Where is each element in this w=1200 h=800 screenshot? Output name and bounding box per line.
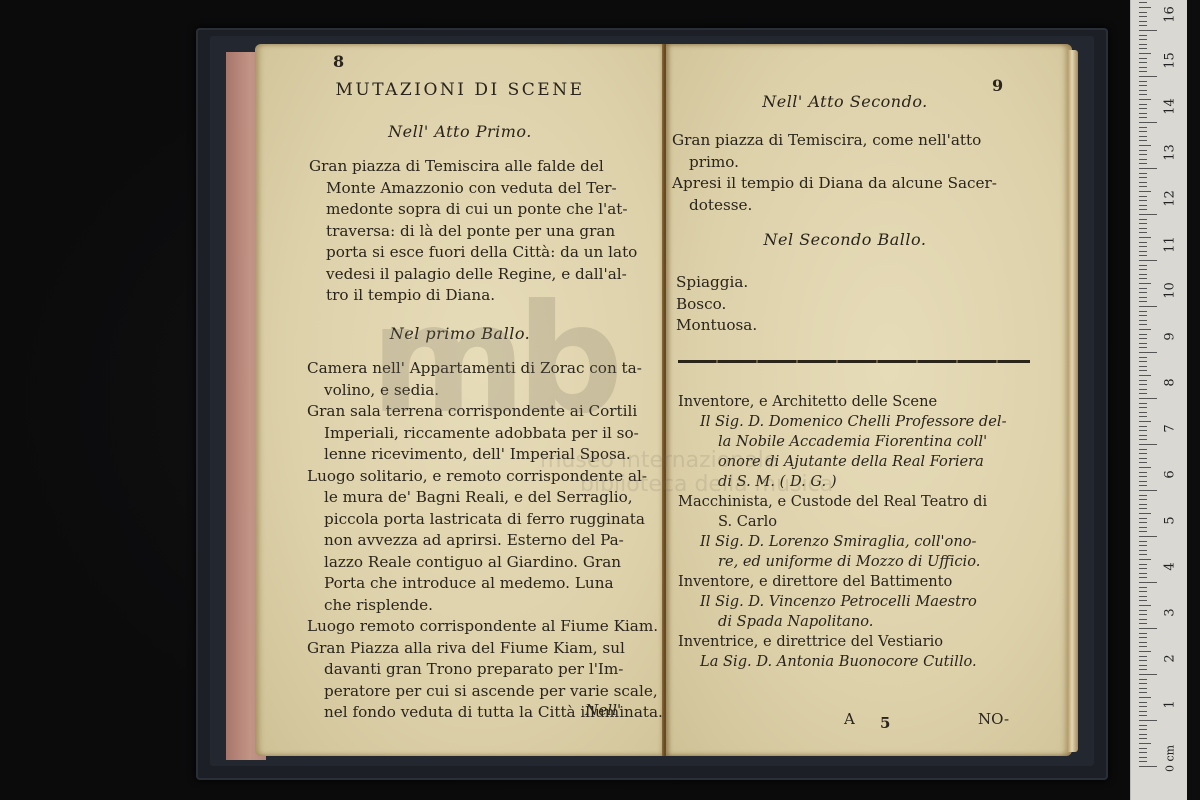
ruler-tick	[1139, 591, 1147, 592]
ruler-tick	[1139, 536, 1157, 537]
ruler-tick	[1139, 683, 1147, 684]
ruler-tick	[1139, 674, 1157, 675]
ruler-tick	[1139, 421, 1151, 422]
ruler-mark: 1	[1163, 690, 1178, 720]
text-line: Bosco.	[676, 294, 757, 316]
ruler-tick	[1139, 660, 1147, 661]
ruler-tick	[1139, 435, 1147, 436]
right-page: 9 Nell' Atto Secondo. Gran piazza di Tem…	[666, 44, 1072, 756]
ruler-tick	[1139, 430, 1147, 431]
ruler-tick	[1139, 223, 1147, 224]
text-line: medonte sopra di cui un ponte che l'at-	[309, 199, 637, 221]
ruler-mark: 13	[1163, 138, 1178, 168]
ruler-tick	[1139, 766, 1157, 767]
ruler-tick	[1139, 610, 1147, 611]
text-line: Spiaggia.	[676, 272, 757, 294]
ruler-mark: 10	[1163, 276, 1178, 306]
ruler-unit-label: 0 cm	[1164, 744, 1177, 774]
ruler-tick	[1139, 352, 1157, 353]
ruler-tick	[1139, 407, 1147, 408]
ruler-tick	[1139, 274, 1147, 275]
ruler-tick	[1139, 692, 1147, 693]
ruler-tick	[1139, 242, 1147, 243]
ruler-tick	[1139, 642, 1147, 643]
credit-person: di Spada Napolitano.	[678, 612, 1007, 632]
ruler-tick	[1139, 623, 1147, 624]
ruler-tick	[1139, 343, 1147, 344]
ruler-tick	[1139, 439, 1147, 440]
text-line: Luogo remoto corrispondente al Fiume Kia…	[307, 616, 663, 638]
ruler-tick	[1139, 2, 1147, 3]
ruler-tick	[1139, 311, 1147, 312]
ruler-tick	[1139, 720, 1157, 721]
ruler-tick	[1139, 614, 1147, 615]
ruler-tick	[1139, 605, 1151, 606]
page-block-edge	[1068, 50, 1078, 752]
ruler-tick	[1139, 7, 1151, 8]
watermark-text-line2: biblioteca della musica	[580, 472, 833, 497]
ruler-tick	[1139, 53, 1151, 54]
ruler-mark: 5	[1163, 506, 1178, 536]
ruler-tick	[1139, 58, 1147, 59]
text-line: Porta che introduce al medemo. Luna	[307, 573, 663, 595]
credit-person: Il Sig. D. Lorenzo Smiraglia, coll'ono-	[678, 532, 1007, 552]
ruler-tick	[1139, 577, 1147, 578]
ruler-tick	[1139, 200, 1147, 201]
ruler-tick	[1139, 94, 1147, 95]
credit-role: Inventore, e Architetto delle Scene	[678, 392, 1007, 412]
ruler-tick	[1139, 462, 1147, 463]
ruler-tick	[1139, 219, 1147, 220]
ruler-tick	[1139, 531, 1147, 532]
ruler-tick	[1139, 292, 1147, 293]
text-line: Apresi il tempio di Diana da alcune Sace…	[672, 173, 997, 195]
ruler-tick	[1139, 246, 1147, 247]
ruler-tick	[1139, 278, 1147, 279]
ruler-tick	[1139, 573, 1147, 574]
ruler-tick	[1139, 329, 1151, 330]
ruler-tick	[1139, 338, 1147, 339]
ruler-tick	[1139, 90, 1147, 91]
ruler-tick	[1139, 706, 1147, 707]
credit-person: La Sig. D. Antonia Buonocore Cutillo.	[678, 652, 1007, 672]
ruler-tick	[1139, 117, 1147, 118]
ruler-tick	[1139, 265, 1147, 266]
ruler-tick	[1139, 182, 1147, 183]
text-line: piccola porta lastricata di ferro ruggin…	[307, 509, 663, 531]
ruler-tick	[1139, 458, 1147, 459]
ruler-tick	[1139, 269, 1147, 270]
ruler-tick	[1139, 711, 1147, 712]
ruler-tick	[1139, 499, 1147, 500]
catchword-right: NO-	[978, 710, 1009, 728]
ruler-tick	[1139, 232, 1147, 233]
ruler-tick	[1139, 715, 1147, 716]
ruler-tick	[1139, 743, 1151, 744]
ruler-tick	[1139, 582, 1157, 583]
ruler-tick	[1139, 761, 1147, 762]
ruler-mark: 2	[1163, 644, 1178, 674]
ruler-tick	[1139, 71, 1147, 72]
ruler-tick	[1139, 145, 1151, 146]
ruler-tick	[1139, 196, 1147, 197]
section-heading-secondo-ballo: Nel Secondo Ballo.	[642, 230, 1048, 249]
ruler-tick	[1139, 453, 1147, 454]
ruler-tick	[1139, 104, 1147, 105]
ruler-tick	[1139, 481, 1147, 482]
ruler-tick	[1139, 140, 1147, 141]
ruler-tick	[1139, 485, 1147, 486]
text-line: primo.	[672, 152, 997, 174]
section-heading-atto-primo: Nell' Atto Primo.	[255, 122, 665, 141]
ruler-tick	[1139, 600, 1147, 601]
ruler-tick	[1139, 334, 1147, 335]
ruler-tick	[1139, 159, 1147, 160]
ruler-tick	[1139, 587, 1147, 588]
ruler-mark: 11	[1163, 230, 1178, 260]
ruler-tick	[1139, 564, 1147, 565]
ruler-tick	[1139, 301, 1147, 302]
ruler-tick	[1139, 679, 1147, 680]
catchword-left: Nell'	[585, 700, 621, 722]
ruler-tick	[1139, 131, 1147, 132]
ruler-tick	[1139, 472, 1147, 473]
ruler-tick	[1139, 541, 1147, 542]
ruler-mark: 7	[1163, 414, 1178, 444]
watermark-text-line1: museo internazionale	[540, 448, 777, 473]
ruler-tick	[1139, 324, 1147, 325]
ruler-tick	[1139, 81, 1147, 82]
text-line: Monte Amazzonio con veduta del Ter-	[309, 178, 637, 200]
ruler-tick	[1139, 490, 1157, 491]
ruler-tick	[1139, 545, 1147, 546]
credit-role: Inventore, e direttore del Battimento	[678, 572, 1007, 592]
ruler-tick	[1139, 177, 1147, 178]
ruler-tick	[1139, 136, 1147, 137]
ruler-tick	[1139, 366, 1147, 367]
ruler-tick	[1139, 113, 1147, 114]
credit-person: Il Sig. D. Vincenzo Petrocelli Maestro	[678, 592, 1007, 612]
credit-role: S. Carlo	[678, 512, 1007, 532]
ruler-tick	[1139, 398, 1157, 399]
ruler-tick	[1139, 347, 1147, 348]
ruler-tick	[1139, 393, 1147, 394]
ruler-tick	[1139, 449, 1147, 450]
ruler-tick	[1139, 637, 1147, 638]
ruler-tick	[1139, 186, 1147, 187]
ruler-tick	[1139, 25, 1147, 26]
text-line: Gran piazza di Temiscira, come nell'atto	[672, 130, 997, 152]
ruler-tick	[1139, 154, 1147, 155]
ruler-mark: 15	[1163, 46, 1178, 76]
ruler-tick	[1139, 508, 1147, 509]
ruler-tick	[1139, 85, 1147, 86]
ruler-tick	[1139, 21, 1147, 22]
measurement-ruler: 0 cm 1 2 3 4 5 6 7 8 9 10 11 12 13 14 15…	[1130, 0, 1187, 800]
ruler-tick	[1139, 752, 1147, 753]
ruler-tick	[1139, 518, 1147, 519]
ruler-tick	[1139, 315, 1147, 316]
ruler-tick	[1139, 44, 1147, 45]
ruler-tick	[1139, 251, 1147, 252]
ruler-tick	[1139, 99, 1151, 100]
ruler-tick	[1139, 108, 1147, 109]
ruler-tick	[1139, 697, 1151, 698]
text-line: lazzo Reale contiguo al Giardino. Gran	[307, 552, 663, 574]
ruler-tick	[1139, 738, 1147, 739]
ruler-tick	[1139, 734, 1147, 735]
ruler-mark: 16	[1163, 0, 1178, 30]
ruler-tick	[1139, 665, 1147, 666]
ruler-tick	[1139, 260, 1157, 261]
ruler-tick	[1139, 163, 1147, 164]
ruler-tick	[1139, 426, 1147, 427]
ruler-tick	[1139, 527, 1147, 528]
ruler-tick	[1139, 656, 1147, 657]
ruler-tick	[1139, 76, 1157, 77]
text-line: non avvezza ad aprirsi. Esterno del Pa-	[307, 530, 663, 552]
ruler-tick	[1139, 596, 1147, 597]
credit-person: re, ed uniforme di Mozzo di Ufficio.	[678, 552, 1007, 572]
ruler-mark: 9	[1163, 322, 1178, 352]
ruler-tick	[1139, 16, 1147, 17]
ruler-tick	[1139, 725, 1147, 726]
ruler-tick	[1139, 403, 1147, 404]
ruler-mark: 8	[1163, 368, 1178, 398]
watermark-logo: mb	[370, 285, 614, 435]
ruler-tick	[1139, 619, 1147, 620]
ruler-tick	[1139, 467, 1151, 468]
ruler-tick	[1139, 559, 1151, 560]
text-line: porta si esce fuori della Città: da un l…	[309, 242, 637, 264]
ruler-tick	[1139, 380, 1147, 381]
ruler-mark: 6	[1163, 460, 1178, 490]
ruler-tick	[1139, 476, 1147, 477]
ruler-tick	[1139, 669, 1147, 670]
page-title: MUTAZIONI DI SCENE	[255, 80, 665, 100]
ruler-tick	[1139, 30, 1157, 31]
ruler-tick	[1139, 633, 1147, 634]
ruler-mark: 14	[1163, 92, 1178, 122]
ruler-tick	[1139, 173, 1147, 174]
ruler-tick	[1139, 168, 1157, 169]
ruler-tick	[1139, 150, 1147, 151]
credits-list: Inventore, e Architetto delle Scene Il S…	[678, 392, 1007, 672]
ruler-tick	[1139, 306, 1157, 307]
ruler-tick	[1139, 389, 1147, 390]
ruler-tick	[1139, 48, 1147, 49]
ruler-tick	[1139, 628, 1157, 629]
text-line: Montuosa.	[676, 315, 757, 337]
ruler-tick	[1139, 729, 1147, 730]
text-line: davanti gran Trono preparato per l'Im-	[307, 659, 663, 681]
page-number-left: 8	[333, 52, 344, 71]
ruler-tick	[1139, 255, 1147, 256]
text-line: peratore per cui si ascende per varie sc…	[307, 681, 663, 703]
ruler-mark: 12	[1163, 184, 1178, 214]
ruler-tick	[1139, 504, 1147, 505]
ruler-tick	[1139, 320, 1147, 321]
ruler-tick	[1139, 444, 1157, 445]
ruler-tick	[1139, 370, 1147, 371]
ruler-mark: 4	[1163, 552, 1178, 582]
ruler-tick	[1139, 209, 1147, 210]
text-line: dotesse.	[672, 195, 997, 217]
ruler-tick	[1139, 646, 1147, 647]
ruler-tick	[1139, 228, 1147, 229]
ruler-tick	[1139, 12, 1147, 13]
text-line: che risplende.	[307, 595, 663, 617]
text-line: traversa: di là del ponte per una gran	[309, 221, 637, 243]
ruler-tick	[1139, 205, 1147, 206]
ruler-tick	[1139, 127, 1147, 128]
ruler-tick	[1139, 361, 1147, 362]
text-line: Gran piazza di Temiscira alle falde del	[309, 156, 637, 178]
ruler-tick	[1139, 375, 1151, 376]
ruler-tick	[1139, 39, 1147, 40]
ruler-tick	[1139, 384, 1147, 385]
ruler-tick	[1139, 522, 1147, 523]
text-line: Gran Piazza alla riva del Fiume Kiam, su…	[307, 638, 663, 660]
ruler-tick	[1139, 688, 1147, 689]
ruler-tick	[1139, 288, 1147, 289]
ruler-tick	[1139, 550, 1147, 551]
ruler-tick	[1139, 702, 1147, 703]
ruler-tick	[1139, 651, 1151, 652]
ruler-tick	[1139, 283, 1151, 284]
ruler-tick	[1139, 237, 1151, 238]
ruler-tick	[1139, 357, 1147, 358]
scene-entry: Gran piazza di Temiscira, come nell'atto…	[672, 130, 997, 216]
ruler-tick	[1139, 568, 1147, 569]
ruler-mark: 3	[1163, 598, 1178, 628]
ruler-tick	[1139, 513, 1151, 514]
signature-letter: A	[844, 710, 855, 728]
ruler-tick	[1139, 191, 1151, 192]
ruler-tick	[1139, 214, 1157, 215]
ruler-tick	[1139, 67, 1147, 68]
ruler-tick	[1139, 35, 1147, 36]
ruler-tick	[1139, 554, 1147, 555]
ruler-tick	[1139, 412, 1147, 413]
credit-person: Il Sig. D. Domenico Chelli Professore de…	[678, 412, 1007, 432]
ruler-tick	[1139, 297, 1147, 298]
ruler-tick	[1139, 748, 1147, 749]
section-heading-atto-secondo: Nell' Atto Secondo.	[642, 92, 1048, 111]
ornamental-rule	[678, 360, 1030, 363]
ruler-tick	[1139, 757, 1147, 758]
ruler-tick	[1139, 122, 1157, 123]
ruler-tick	[1139, 495, 1147, 496]
ruler-tick	[1139, 416, 1147, 417]
signature-number: 5	[880, 714, 890, 732]
ruler-tick	[1139, 62, 1147, 63]
scene-list-ballo: Spiaggia. Bosco. Montuosa.	[676, 272, 757, 337]
credit-role: Inventrice, e direttrice del Vestiario	[678, 632, 1007, 652]
